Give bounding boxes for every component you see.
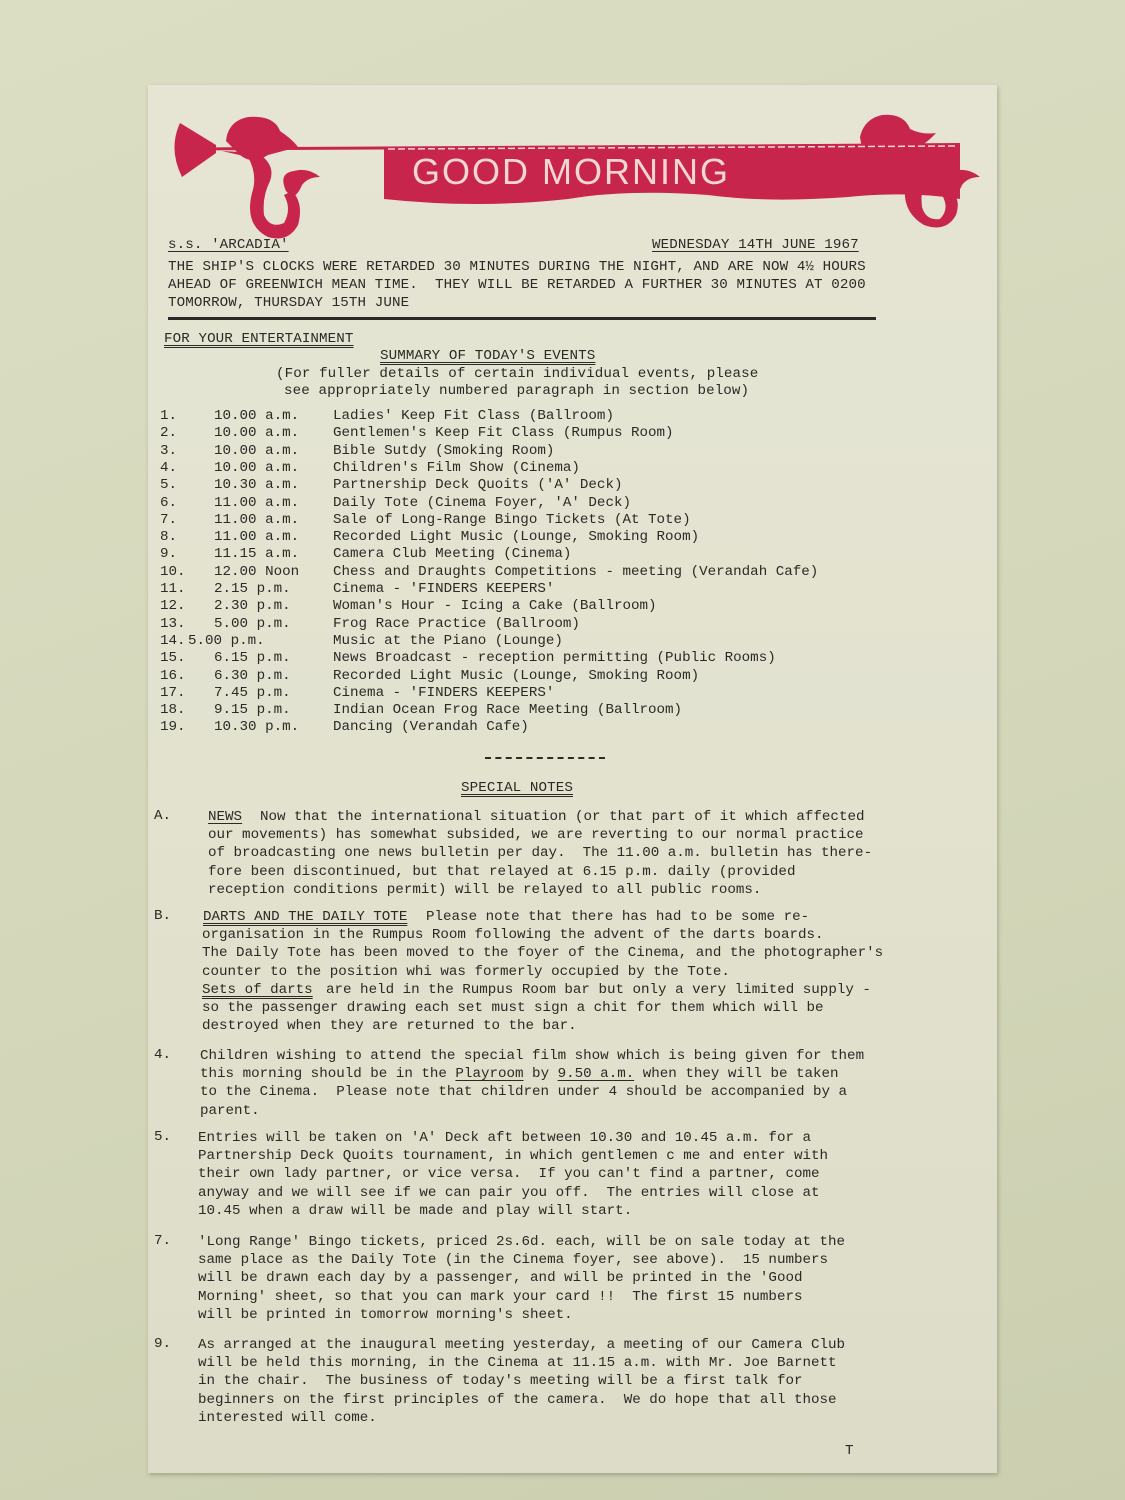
event-description: Bible Sutdy (Smoking Room) bbox=[333, 443, 554, 459]
event-number: 19. bbox=[160, 719, 186, 735]
event-number: 15. bbox=[160, 650, 186, 666]
note-line: our movements) has somewhat subsided, we… bbox=[208, 826, 864, 844]
event-time: 11.00 a.m. bbox=[214, 512, 289, 528]
event-number: 16. bbox=[160, 668, 186, 684]
event-description: Ladies' Keep Fit Class (Ballroom) bbox=[333, 408, 614, 424]
note-line: Morning' sheet, so that you can mark you… bbox=[198, 1288, 803, 1306]
section-separator bbox=[485, 757, 605, 759]
issue-date: WEDNESDAY 14TH JUNE 1967 bbox=[652, 237, 859, 254]
ship-name: s.s. 'ARCADIA' bbox=[168, 237, 289, 254]
event-time: 10.00 a.m. bbox=[214, 425, 289, 441]
note-subtitle: Sets of darts bbox=[202, 981, 313, 999]
divider-rule bbox=[168, 317, 876, 320]
event-time: 12.00 Noon bbox=[214, 564, 289, 580]
event-time: 6.30 p.m. bbox=[214, 668, 289, 684]
event-time: 10.30 p.m. bbox=[214, 719, 289, 735]
clock-notice-line-2: AHEAD OF GREENWICH MEAN TIME. THEY WILL … bbox=[168, 277, 866, 294]
note-line: will be printed in tomorrow morning's sh… bbox=[198, 1306, 573, 1324]
entertainment-heading: FOR YOUR ENTERTAINMENT bbox=[164, 331, 354, 348]
event-time: 7.45 p.m. bbox=[214, 685, 289, 701]
event-description: Gentlemen's Keep Fit Class (Rumpus Room) bbox=[333, 425, 674, 441]
emphasized-text: 9.50 a.m. bbox=[558, 1066, 635, 1082]
note-line: 10.45 when a draw will be made and play … bbox=[198, 1202, 632, 1220]
note-line: parent. bbox=[200, 1102, 260, 1120]
event-description: Recorded Light Music (Lounge, Smoking Ro… bbox=[333, 529, 699, 545]
note-line: so the passenger drawing each set must s… bbox=[202, 999, 824, 1017]
event-number: 17. bbox=[160, 685, 186, 701]
event-description: News Broadcast - reception permitting (P… bbox=[333, 650, 776, 666]
event-time: 2.15 p.m. bbox=[214, 581, 289, 597]
event-description: Music at the Piano (Lounge) bbox=[333, 633, 563, 649]
note-line: Please note that there has had to be som… bbox=[426, 908, 809, 926]
note-line: Now that the international situation (or… bbox=[260, 808, 865, 826]
event-time: 10.30 a.m. bbox=[214, 477, 289, 493]
note-line: The Daily Tote has been moved to the foy… bbox=[202, 944, 883, 962]
event-time: 2.30 p.m. bbox=[214, 598, 289, 614]
event-description: Dancing (Verandah Cafe) bbox=[333, 719, 529, 735]
event-number: 1. bbox=[160, 408, 177, 424]
page-mark: T bbox=[845, 1443, 854, 1460]
note-line: Children wishing to attend the special f… bbox=[200, 1047, 864, 1065]
note-label: A. bbox=[154, 808, 171, 824]
note-line: As arranged at the inaugural meeting yes… bbox=[198, 1336, 845, 1354]
note-line: destroyed when they are returned to the … bbox=[202, 1017, 577, 1035]
note-title: DARTS AND THE DAILY TOTE bbox=[203, 908, 407, 926]
note-label: B. bbox=[154, 908, 171, 924]
event-number: 13. bbox=[160, 616, 186, 632]
note-line: anyway and we will see if we can pair yo… bbox=[198, 1184, 820, 1202]
note-line: same place as the Daily Tote (in the Cin… bbox=[198, 1251, 828, 1269]
masthead-banner: GOOD MORNING bbox=[148, 85, 997, 245]
event-time: 5.00 p.m. bbox=[214, 616, 289, 632]
summary-note-line-2: see appropriately numbered paragraph in … bbox=[284, 383, 749, 400]
note-line: are held in the Rumpus Room bar but only… bbox=[326, 981, 871, 999]
note-text: when they will be taken bbox=[634, 1066, 838, 1082]
event-description: Partnership Deck Quoits ('A' Deck) bbox=[333, 477, 622, 493]
event-number: 12. bbox=[160, 598, 186, 614]
event-description: Recorded Light Music (Lounge, Smoking Ro… bbox=[333, 668, 699, 684]
event-description: Cinema - 'FINDERS KEEPERS' bbox=[333, 685, 554, 701]
event-number: 11. bbox=[160, 581, 186, 597]
event-number: 14. bbox=[160, 633, 186, 649]
summary-heading: SUMMARY OF TODAY'S EVENTS bbox=[380, 348, 595, 365]
good-morning-sheet: GOOD MORNING s.s. 'ARCADIA' WEDNESDAY 14… bbox=[148, 85, 997, 1473]
event-number: 5. bbox=[160, 477, 177, 493]
note-line: beginners on the first principles of the… bbox=[198, 1391, 837, 1409]
note-line: in the chair. The business of today's me… bbox=[198, 1372, 803, 1390]
event-description: Woman's Hour - Icing a Cake (Ballroom) bbox=[333, 598, 657, 614]
note-line: organisation in the Rumpus Room followin… bbox=[202, 926, 824, 944]
event-number: 3. bbox=[160, 443, 177, 459]
event-description: Sale of Long-Range Bingo Tickets (At Tot… bbox=[333, 512, 691, 528]
event-time: 11.00 a.m. bbox=[214, 495, 289, 511]
note-line: Entries will be taken on 'A' Deck aft be… bbox=[198, 1129, 811, 1147]
clock-notice-line-1: THE SHIP'S CLOCKS WERE RETARDED 30 MINUT… bbox=[168, 259, 866, 276]
event-time: 11.15 a.m. bbox=[214, 546, 289, 562]
event-description: Indian Ocean Frog Race Meeting (Ballroom… bbox=[333, 702, 682, 718]
event-time: 6.15 p.m. bbox=[214, 650, 289, 666]
note-line: Partnership Deck Quoits tournament, in w… bbox=[198, 1147, 828, 1165]
event-number: 10. bbox=[160, 564, 186, 580]
note-label: 4. bbox=[154, 1047, 171, 1063]
event-description: Children's Film Show (Cinema) bbox=[333, 460, 580, 476]
event-number: 2. bbox=[160, 425, 177, 441]
note-text: this morning should be in the bbox=[200, 1066, 455, 1082]
event-time: 9.15 p.m. bbox=[214, 702, 289, 718]
note-title: NEWS bbox=[208, 808, 242, 826]
event-time: 5.00 p.m. bbox=[188, 633, 265, 649]
note-label: 7. bbox=[154, 1233, 171, 1249]
note-line: of broadcasting one news bulletin per da… bbox=[208, 844, 872, 862]
note-line: reception conditions permit) will be rel… bbox=[208, 881, 761, 899]
summary-note-line-1: (For fuller details of certain individua… bbox=[276, 366, 758, 383]
event-time: 10.00 a.m. bbox=[214, 408, 289, 424]
event-number: 8. bbox=[160, 529, 177, 545]
event-time: 11.00 a.m. bbox=[214, 529, 289, 545]
event-number: 7. bbox=[160, 512, 177, 528]
event-description: Frog Race Practice (Ballroom) bbox=[333, 616, 580, 632]
note-line: 'Long Range' Bingo tickets, priced 2s.6d… bbox=[198, 1233, 845, 1251]
event-number: 9. bbox=[160, 546, 177, 562]
note-line: to the Cinema. Please note that children… bbox=[200, 1083, 847, 1101]
note-line: their own lady partner, or vice versa. I… bbox=[198, 1165, 820, 1183]
event-time: 10.00 a.m. bbox=[214, 460, 289, 476]
event-description: Chess and Draughts Competitions - meetin… bbox=[333, 564, 818, 580]
emphasized-text: Playroom bbox=[455, 1066, 523, 1082]
note-line: counter to the position whi was formerly… bbox=[202, 963, 730, 981]
note-text: by bbox=[524, 1066, 558, 1082]
special-notes-heading: SPECIAL NOTES bbox=[461, 780, 573, 797]
note-label: 9. bbox=[154, 1336, 171, 1352]
note-line: this morning should be in the Playroom b… bbox=[200, 1065, 839, 1083]
event-number: 6. bbox=[160, 495, 177, 511]
note-line: will be drawn each day by a passenger, a… bbox=[198, 1269, 803, 1287]
note-line: will be held this morning, in the Cinema… bbox=[198, 1354, 837, 1372]
event-description: Daily Tote (Cinema Foyer, 'A' Deck) bbox=[333, 495, 631, 511]
banner-title: GOOD MORNING bbox=[384, 151, 758, 193]
event-description: Camera Club Meeting (Cinema) bbox=[333, 546, 571, 562]
note-label: 5. bbox=[154, 1129, 171, 1145]
event-time: 10.00 a.m. bbox=[214, 443, 289, 459]
event-description: Cinema - 'FINDERS KEEPERS' bbox=[333, 581, 554, 597]
note-line: fore been discontinued, but that relayed… bbox=[208, 863, 795, 881]
clock-notice-line-3: TOMORROW, THURSDAY 15TH JUNE bbox=[168, 295, 409, 312]
note-line: interested will come. bbox=[198, 1409, 377, 1427]
event-number: 18. bbox=[160, 702, 186, 718]
event-number: 4. bbox=[160, 460, 177, 476]
